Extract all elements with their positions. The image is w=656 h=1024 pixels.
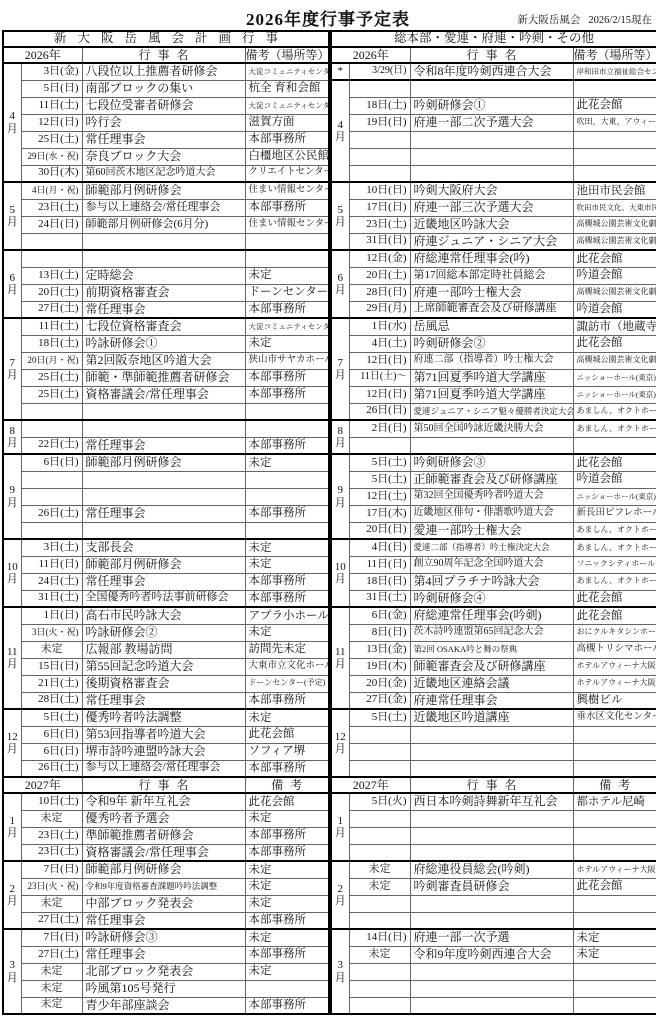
schedule-row: 20日(土)前期資格審査会ドーンセンター — [3, 284, 329, 301]
remark-cell: 本部事務所 — [245, 131, 329, 148]
schedule-row: 10月4日(日)愛連二部（指導者）吟士権決定大会あましん、オクトホール — [331, 539, 656, 556]
date-cell: 5日(土) — [349, 709, 410, 726]
month-label: * — [331, 63, 349, 80]
date-cell: 未定 — [21, 810, 82, 827]
event-cell: 奈良ブロック大会 — [82, 148, 245, 165]
event-cell: 全国優秀吟者吟法事前研修会 — [82, 590, 245, 607]
event-cell: 府連一部三次予選大会 — [410, 199, 573, 216]
remark-cell: 本部事務所 — [245, 437, 329, 454]
event-cell: 吟詠研修会① — [82, 335, 245, 352]
event-cell — [82, 522, 245, 539]
remark-cell: 此花会館 — [245, 726, 329, 743]
remark-cell: 本部事務所 — [245, 912, 329, 929]
date-cell: 未定 — [21, 895, 82, 912]
event-cell: 上席師範審査会及び研修講座 — [410, 301, 573, 318]
schedule-row — [331, 131, 656, 148]
month-number: 5 — [4, 204, 21, 216]
date-cell: 7日(日) — [21, 861, 82, 878]
schedule-row: 未定吟剣審査員研修会此花会館 — [331, 878, 656, 895]
remark-cell: 本部事務所 — [245, 590, 329, 607]
date-cell: 27日(土) — [21, 301, 82, 318]
remark-cell: あましん、オクトホール — [573, 420, 656, 437]
remark-cell: 吟道会館 — [573, 267, 656, 284]
month-suffix: 月 — [4, 743, 21, 755]
event-cell: 第50回全国吟詠近畿決勝大会 — [410, 420, 573, 437]
schedule-row: 4月3日(金)八段位以上推薦者研修会大淀コミュニティセンター — [3, 63, 329, 80]
schedule-row: 未定北部ブロック発表会未定 — [3, 963, 329, 980]
date-cell: 26日(日) — [349, 403, 410, 420]
schedule-row: 11日(土)～第71回夏季吟道大学講座ニッショーホール(東京) — [331, 369, 656, 386]
schedule-tables: 新大阪岳風会計画行事 2026年 行事名 備考（場所等） 4月3日(金)八段位以… — [2, 30, 654, 1015]
date-cell: 12日(日) — [349, 386, 410, 403]
event-cell: 北部ブロック発表会 — [82, 963, 245, 980]
remark-cell — [573, 997, 656, 1014]
remark-cell: あましん、オクトホール — [573, 403, 656, 420]
schedule-row: 28日(日)府連一部吟士権大会高槻城公園芸術文化劇場 — [331, 284, 656, 301]
event-cell — [82, 420, 245, 437]
month-number: * — [332, 65, 349, 77]
event-cell: 後期資格審査会 — [82, 675, 245, 692]
remark-cell: 大淀コミュニティセンター — [245, 63, 329, 80]
remark-cell: 池田市民会館 — [573, 182, 656, 199]
month-label: 3月 — [331, 929, 349, 1014]
schedule-row: 27日(金)府連常任理事会興樹ビル — [331, 692, 656, 709]
schedule-row: 27日(土)常任理事会本部事務所 — [3, 946, 329, 963]
event-cell — [410, 810, 573, 827]
event-cell: 準師範推薦者研修会 — [82, 827, 245, 844]
event-cell: 令和9年度資格審査課題吟吟法調整 — [82, 878, 245, 895]
month-number: 8 — [332, 425, 349, 437]
month-number: 10 — [332, 561, 349, 573]
date-cell — [349, 895, 410, 912]
schedule-row: 18日(土)吟詠研修会①未定 — [3, 335, 329, 352]
date-cell — [349, 997, 410, 1014]
schedule-row: 20日(月・祝)第2回阪奈地区吟道大会狭山市サヤカホール — [3, 352, 329, 369]
month-number: 2 — [4, 883, 21, 895]
remark-cell — [573, 963, 656, 980]
schedule-row: 1月10日(土)令和9年 新年互礼会此花会館 — [3, 793, 329, 810]
month-suffix: 月 — [332, 573, 349, 585]
remark-cell: 本部事務所 — [245, 386, 329, 403]
schedule-row: 17日(日)府連一部三次予選大会吹田市民文化、大東市民会館 — [331, 199, 656, 216]
schedule-row: 8月 — [3, 420, 329, 437]
left-event-header-2027: 行事名 — [82, 777, 245, 793]
schedule-row: 18日(日)第4回プラチナ吟詠大会あましん、オクトホール — [331, 573, 656, 590]
right-schedule-table: 総本部・愛連・府連・吟剣・その他 2026年 行事名 備考（場所等） *3/29… — [330, 30, 656, 1015]
remark-cell: 未定 — [245, 929, 329, 946]
left-remark-header-2027: 備考 — [245, 777, 329, 793]
event-cell: 正師範審査会及び研修講座 — [410, 471, 573, 488]
month-number: 5 — [332, 204, 349, 216]
schedule-row: 8月2日(日)第50回全国吟詠近畿決勝大会あましん、オクトホール — [331, 420, 656, 437]
schedule-row — [331, 726, 656, 743]
schedule-row: 19日(日)府連一部二次予選大会吹田、大東、アウィーナ — [331, 114, 656, 131]
schedule-row — [331, 437, 656, 454]
date-cell — [21, 522, 82, 539]
date-cell — [349, 980, 410, 997]
event-cell: 近畿地区連絡会議 — [410, 675, 573, 692]
schedule-row: 13日(土)定時総会未定 — [3, 267, 329, 284]
schedule-row — [331, 912, 656, 929]
date-cell: 11日(日) — [21, 556, 82, 573]
left-column-header: 2026年 行事名 備考（場所等） — [3, 47, 329, 63]
schedule-row: 17日(木)近畿地区俳句・俳諧歌吟道大会新長田ピフレホール — [331, 505, 656, 522]
title-row: 2026年度行事予定表 新大阪岳風会2026/2/15現在 — [2, 3, 654, 30]
remark-cell: 吹田市民文化、大東市民会館 — [573, 199, 656, 216]
event-cell: 資格審議会/常任理事会 — [82, 844, 245, 861]
event-cell: 第4回プラチナ吟詠大会 — [410, 573, 573, 590]
month-label: 10月 — [331, 539, 349, 607]
date-cell: 5日(火) — [349, 793, 410, 810]
schedule-row: 12日(日)府連二部（指導者）吟士権大会高槻城公園芸術文化劇場 — [331, 352, 656, 369]
schedule-row — [331, 844, 656, 861]
remark-cell: 未定 — [245, 861, 329, 878]
date-cell: 未定 — [349, 946, 410, 963]
schedule-row: 6月 — [3, 250, 329, 267]
schedule-row: 25日(土)資格審議会/常任理事会本部事務所 — [3, 386, 329, 403]
event-cell: 第60回茨木地区記念吟道大会 — [82, 165, 245, 182]
date-cell: 11日(土) — [21, 97, 82, 114]
remark-cell: ドーンセンター — [245, 284, 329, 301]
month-number: 7 — [4, 357, 21, 369]
date-cell: 4日(月・祝) — [21, 182, 82, 199]
date-cell: 29日(水・祝) — [21, 148, 82, 165]
remark-cell — [573, 980, 656, 997]
date-cell — [349, 810, 410, 827]
remark-cell: 白橿地区公民館 — [245, 148, 329, 165]
right-event-header: 行事名 — [410, 47, 573, 63]
date-cell: 28日(日) — [349, 284, 410, 301]
date-cell: 未定 — [349, 861, 410, 878]
date-cell: 22日(土) — [21, 437, 82, 454]
remark-cell: 狭山市サヤカホール — [245, 352, 329, 369]
date-cell — [349, 743, 410, 760]
event-cell: 常任理事会 — [82, 573, 245, 590]
right-group-header: 総本部・愛連・府連・吟剣・その他 — [331, 31, 656, 47]
remark-cell: 未定 — [245, 556, 329, 573]
event-cell: 令和9年度吟剣西連合大会 — [410, 946, 573, 963]
month-suffix: 月 — [332, 131, 349, 143]
date-cell — [349, 963, 410, 980]
date-cell: 未定 — [21, 980, 82, 997]
date-cell: 12日(日) — [21, 114, 82, 131]
event-cell: 青少年部座談会 — [82, 997, 245, 1014]
month-label: 4月 — [3, 63, 21, 182]
month-number: 3 — [4, 959, 21, 971]
month-suffix: 月 — [4, 827, 21, 839]
event-cell — [410, 912, 573, 929]
date-cell: 17日(木) — [349, 505, 410, 522]
event-cell: 吟行会 — [82, 114, 245, 131]
schedule-row: 31日(日)府連ジュニア・シニア大会高槻城公園芸術文化劇場 — [331, 233, 656, 250]
event-cell — [410, 165, 573, 182]
event-cell — [410, 980, 573, 997]
schedule-row: 1月5日(火)西日本吟剣詩舞新年互礼会都ホテル尼崎 — [331, 793, 656, 810]
schedule-row: 6日(日)第53回指導者吟道大会此花会館 — [3, 726, 329, 743]
remark-cell — [245, 250, 329, 267]
date-cell — [349, 131, 410, 148]
left-group-title: 新大阪岳風会計画行事 — [3, 31, 329, 47]
remark-cell: 住まい情報センター — [245, 216, 329, 233]
month-number: 4 — [332, 119, 349, 131]
event-cell — [410, 827, 573, 844]
schedule-row — [331, 743, 656, 760]
month-label: 10月 — [3, 539, 21, 607]
date-cell: 1日(日) — [21, 607, 82, 624]
month-number: 1 — [332, 815, 349, 827]
event-cell: 府連一部二次予選大会 — [410, 114, 573, 131]
event-cell: 常任理事会 — [82, 301, 245, 318]
month-suffix: 月 — [332, 216, 349, 228]
date-cell — [21, 471, 82, 488]
event-cell: 近畿地区俳句・俳諧歌吟道大会 — [410, 505, 573, 522]
date-cell: 14日(日) — [349, 929, 410, 946]
event-cell: 愛連二部（指導者）吟士権決定大会 — [410, 539, 573, 556]
schedule-row: 8日(日)茨木詩吟連盟第65回記念大会おにクルキタシンホール — [331, 624, 656, 641]
schedule-row: 25日(土)師範・準師範推薦者研修会本部事務所 — [3, 369, 329, 386]
remark-cell: 本部事務所 — [245, 199, 329, 216]
right-column-header: 2026年 行事名 備考（場所等） — [331, 47, 656, 63]
date-cell: 3日(土) — [21, 539, 82, 556]
remark-cell — [573, 148, 656, 165]
remark-cell: 高槻トリシマホール — [573, 641, 656, 658]
event-cell: 西日本吟剣詩舞新年互礼会 — [410, 793, 573, 810]
remark-cell: 高槻城公園芸術文化劇場 — [573, 284, 656, 301]
schedule-row: 21日(土)後期資格審査会ドーンセンター(予定) — [3, 675, 329, 692]
month-number: 11 — [332, 646, 349, 658]
month-suffix: 月 — [332, 437, 349, 449]
date-cell: 25日(土) — [21, 386, 82, 403]
month-suffix: 月 — [4, 437, 21, 449]
event-cell: 常任理事会 — [82, 505, 245, 522]
month-label: 1月 — [3, 793, 21, 861]
remark-cell: 本部事務所 — [245, 505, 329, 522]
date-cell: 未定 — [21, 997, 82, 1014]
remark-cell — [245, 403, 329, 420]
month-suffix: 月 — [332, 972, 349, 984]
remark-cell: ニッショーホール(東京) — [573, 386, 656, 403]
schedule-row: 23日(土)準師範推薦者研修会本部事務所 — [3, 827, 329, 844]
date-cell: 11日(土)～ — [349, 369, 410, 386]
month-number: 11 — [4, 646, 21, 658]
schedule-row: 6日(日)堺市詩吟連盟吟詠大会ソフィア堺 — [3, 743, 329, 760]
event-cell: 参与以上連絡会/常任理事会 — [82, 199, 245, 216]
right-column-header-2027: 2027年行事名備考 — [331, 777, 656, 793]
date-cell — [349, 760, 410, 777]
event-cell: 岳風忌 — [410, 318, 573, 335]
remark-cell: ホテルアウィーナ大阪 — [573, 675, 656, 692]
remark-cell — [573, 131, 656, 148]
remark-cell: 此花会館 — [245, 793, 329, 810]
left-remark-header: 備考（場所等） — [245, 47, 329, 63]
date-cell — [21, 250, 82, 267]
month-label: 7月 — [3, 318, 21, 420]
month-number: 2 — [332, 883, 349, 895]
schedule-row: 10月3日(土)支部長会未定 — [3, 539, 329, 556]
schedule-row: 11日(日)師範部月例研修会未定 — [3, 556, 329, 573]
event-cell: 第55回記念吟道大会 — [82, 658, 245, 675]
event-cell: 吟風第105号発行 — [82, 980, 245, 997]
schedule-row: 7月11日(土)七段位資格審査会大淀コミュニティセンター — [3, 318, 329, 335]
event-cell — [410, 844, 573, 861]
month-label: 3月 — [3, 929, 21, 1014]
schedule-row: 12日(土)第32回全国優秀吟者吟道大会ニッショーホール(東京) — [331, 488, 656, 505]
month-number: 6 — [4, 272, 21, 284]
remark-cell: 垂水区文化センター — [573, 709, 656, 726]
event-cell: 吟剣大阪府大会 — [410, 182, 573, 199]
schedule-row: 11月6日(金)府総連常任理事会(吟剣)此花会館 — [331, 607, 656, 624]
right-year-header-2027: 2027年 — [331, 777, 410, 793]
event-cell: 吟剣審査員研修会 — [410, 878, 573, 895]
event-cell: 府連ジュニア・シニア大会 — [410, 233, 573, 250]
event-cell: 第71回夏季吟道大学講座 — [410, 386, 573, 403]
schedule-row: 20日(金)近畿地区連絡会議ホテルアウィーナ大阪 — [331, 675, 656, 692]
date-cell: 18日(土) — [21, 335, 82, 352]
schedule-row: 未定広報部 教場訪問訪問先未定 — [3, 641, 329, 658]
remark-cell — [245, 471, 329, 488]
left-column-header-2027: 2027年行事名備考 — [3, 777, 329, 793]
schedule-row: 26日(土)常任理事会本部事務所 — [3, 505, 329, 522]
date-cell: 31日(土) — [21, 590, 82, 607]
month-suffix: 月 — [4, 658, 21, 670]
event-cell: 堺市詩吟連盟吟詠大会 — [82, 743, 245, 760]
date-cell: 11日(日) — [349, 556, 410, 573]
remark-cell: 訪問先未定 — [245, 641, 329, 658]
doc-meta: 新大阪岳風会2026/2/15現在 — [509, 12, 652, 27]
remark-cell: 此花会館 — [573, 97, 656, 114]
remark-cell: 未定 — [245, 624, 329, 641]
date-cell: 25日(土) — [21, 369, 82, 386]
date-cell — [349, 437, 410, 454]
remark-cell: 杭全 育和会館 — [245, 80, 329, 97]
month-number: 12 — [4, 731, 21, 743]
event-cell: 定時総会 — [82, 267, 245, 284]
date-cell: 6日(日) — [21, 454, 82, 471]
schedule-row: 20日(土)第17回総本部定時社員総会吟道会館 — [331, 267, 656, 284]
remark-cell: 此花会館 — [573, 454, 656, 471]
date-cell: 7日(日) — [21, 929, 82, 946]
month-suffix: 月 — [332, 743, 349, 755]
schedule-row: 2月7日(日)師範部月例研修会未定 — [3, 861, 329, 878]
event-cell: 府連一部一次予選 — [410, 929, 573, 946]
event-cell: 吟詠研修会② — [82, 624, 245, 641]
date-cell — [349, 912, 410, 929]
schedule-row: 20日(日)愛連一部吟士権大会あましん、オクトホール — [331, 522, 656, 539]
date-cell: 5日(日) — [21, 80, 82, 97]
remark-cell: あましん、オクトホール — [573, 573, 656, 590]
event-cell: 府総連常任理事会(吟) — [410, 250, 573, 267]
event-cell: 支部長会 — [82, 539, 245, 556]
schedule-row: 4月 — [331, 80, 656, 97]
date-cell — [21, 403, 82, 420]
remark-cell: 此花会館 — [573, 590, 656, 607]
date-cell: 31日(日) — [349, 233, 410, 250]
date-cell: 26日(土) — [21, 760, 82, 777]
schedule-row: 19日(木)師範審査会及び研修講座ホテルアウィーナ大阪 — [331, 658, 656, 675]
schedule-row: 5日(土)正師範審査会及び研修講座吟道会館 — [331, 471, 656, 488]
month-number: 8 — [4, 425, 21, 437]
month-suffix: 月 — [332, 827, 349, 839]
date-cell: 31日(土) — [349, 590, 410, 607]
schedule-row — [331, 810, 656, 827]
remark-cell: 吹田、大東、アウィーナ — [573, 114, 656, 131]
remark-cell: あましん、オクトホール — [573, 522, 656, 539]
date-cell: 27日(土) — [21, 946, 82, 963]
event-cell: 府総連役員総会(吟剣) — [410, 861, 573, 878]
date-cell: 25日(土) — [21, 131, 82, 148]
date-cell — [21, 420, 82, 437]
date-cell — [21, 233, 82, 250]
remark-cell: 此花会館 — [573, 335, 656, 352]
date-cell: 28日(土) — [21, 692, 82, 709]
remark-cell — [573, 437, 656, 454]
remark-cell — [245, 522, 329, 539]
remark-cell: 高槻城公園芸術文化劇場 — [573, 216, 656, 233]
month-number: 7 — [332, 357, 349, 369]
schedule-row: 9月6日(日)師範部月例研修会未定 — [3, 454, 329, 471]
remark-cell: 本部事務所 — [245, 369, 329, 386]
schedule-row: 2月未定府総連役員総会(吟剣)ホテルアウィーナ大阪 — [331, 861, 656, 878]
event-cell: 資格審議会/常任理事会 — [82, 386, 245, 403]
date-cell: 3日(火・祝) — [21, 624, 82, 641]
event-cell: 高石市民吟詠大会 — [82, 607, 245, 624]
month-suffix: 月 — [332, 895, 349, 907]
schedule-row: 22日(土)常任理事会本部事務所 — [3, 437, 329, 454]
event-cell: 常任理事会 — [82, 131, 245, 148]
month-suffix: 月 — [4, 573, 21, 585]
remark-cell: 本部事務所 — [245, 997, 329, 1014]
left-event-header: 行事名 — [82, 47, 245, 63]
schedule-row: 15日(日)第55回記念吟道大会大東市立文化ホール — [3, 658, 329, 675]
schedule-row: 11日(土)七段位受審者研修会大淀コミュニティセンター — [3, 97, 329, 114]
schedule-row — [3, 403, 329, 420]
month-label: 12月 — [3, 709, 21, 777]
event-cell: 吟剣研修会③ — [410, 454, 573, 471]
date-cell: 27日(土) — [21, 912, 82, 929]
schedule-row: 26日(日)愛連ジュニア・シニア魁々優勝者決定大会あましん、オクトホール — [331, 403, 656, 420]
schedule-row: 23日(火・祝)令和9年度資格審査課題吟吟法調整未定 — [3, 878, 329, 895]
remark-cell: 本部事務所 — [245, 946, 329, 963]
month-number: 6 — [332, 272, 349, 284]
month-suffix: 月 — [332, 369, 349, 381]
remark-cell: 未定 — [245, 539, 329, 556]
event-cell — [410, 80, 573, 97]
remark-cell: 未定 — [245, 963, 329, 980]
remark-cell: 此花会館 — [573, 250, 656, 267]
remark-cell: ニッショーホール(東京) — [573, 369, 656, 386]
event-cell: 師範部月例研修会 — [82, 454, 245, 471]
event-cell: 府総連常任理事会(吟剣) — [410, 607, 573, 624]
month-number: 4 — [4, 110, 21, 122]
month-number: 10 — [4, 561, 21, 573]
remark-cell: 吟道会館 — [573, 301, 656, 318]
schedule-row: 23日(土)近畿地区吟詠大会高槻城公園芸術文化劇場 — [331, 216, 656, 233]
month-suffix: 月 — [4, 972, 21, 984]
schedule-row — [3, 522, 329, 539]
remark-cell — [573, 80, 656, 97]
date-cell: 20日(月・祝) — [21, 352, 82, 369]
schedule-row: 未定優秀吟者予選会未定 — [3, 810, 329, 827]
event-cell: 令和8年度吟剣西連合大会 — [410, 63, 573, 80]
date-cell: 23日(土) — [21, 844, 82, 861]
date-cell: 未定 — [21, 641, 82, 658]
schedule-row — [331, 827, 656, 844]
month-suffix: 月 — [4, 369, 21, 381]
remark-cell: クリエイトセンター — [245, 165, 329, 182]
event-cell: 府連一部吟士権大会 — [410, 284, 573, 301]
event-cell: 吟剣研修会④ — [410, 590, 573, 607]
event-cell: 常任理事会 — [82, 946, 245, 963]
